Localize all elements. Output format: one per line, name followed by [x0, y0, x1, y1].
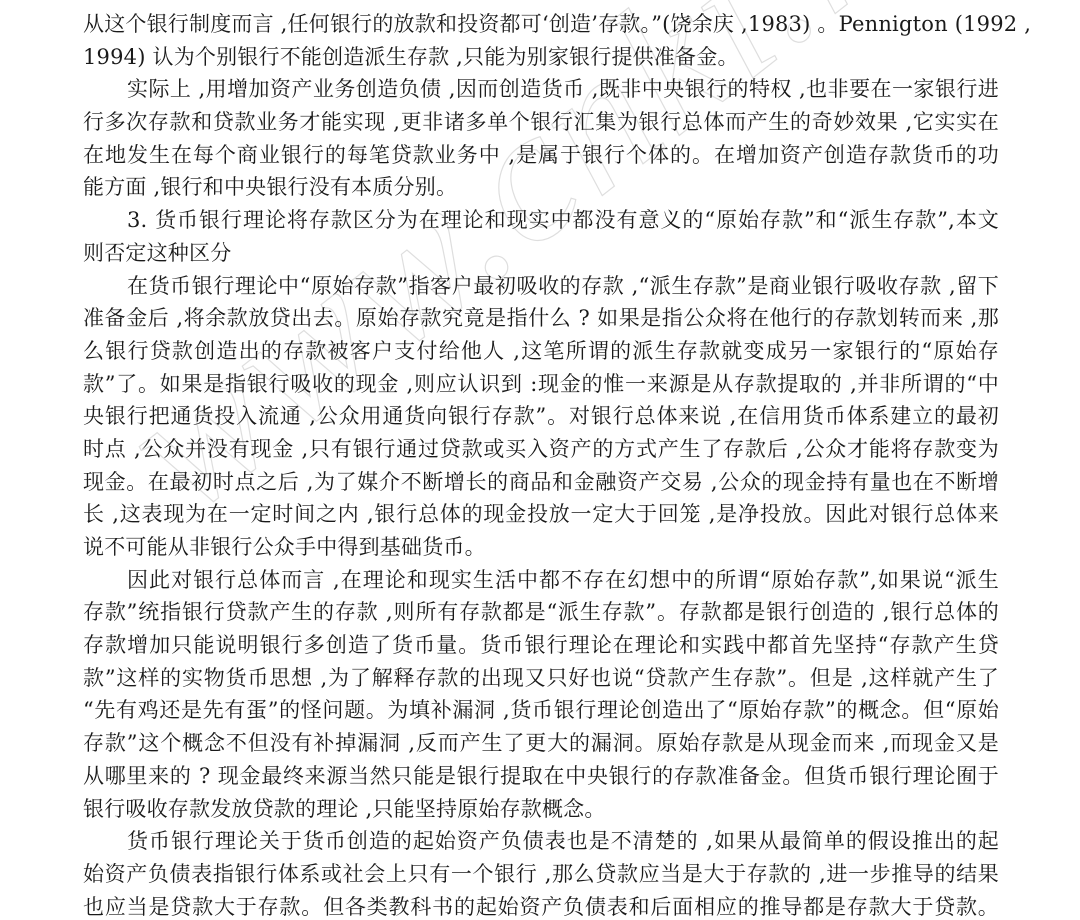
section-heading-line: 3. 货币银行理论将存款区分为在理论和现实中都没有意义的“原始存款”和“派生存款… [83, 204, 999, 237]
text-line: 在地发生在每个商业银行的每笔贷款业务中 ,是属于银行个体的。在增加资产创造存款货… [83, 139, 999, 172]
text-line: 从哪里来的 ? 现金最终来源当然只能是银行提取在中央银行的存款准备金。但货币银行… [83, 760, 999, 793]
text-line: 款”这样的实物货币思想 ,为了解释存款的出现又只好也说“贷款产生存款”。但是 ,… [83, 662, 999, 695]
text-line: 现金。在最初时点之后 ,为了媒介不断增长的商品和金融资产交易 ,公众的现金持有量… [83, 466, 999, 499]
text-line: 1994) 认为个别银行不能创造派生存款 ,只能为别家银行提供准备金。 [83, 41, 999, 74]
text-line: 银行吸收存款发放贷款的理论 ,只能坚持原始存款概念。 [83, 793, 999, 826]
text-line: 么银行贷款创造出的存款被客户支付给他人 ,这笔所谓的派生存款就变成另一家银行的“… [83, 335, 999, 368]
text-line: 从这个银行制度而言 ,任何银行的放款和投资都可‘创造’存款。”(饶余庆 ,198… [83, 8, 999, 41]
document-page: 从这个银行制度而言 ,任何银行的放款和投资都可‘创造’存款。”(饶余庆 ,198… [83, 8, 999, 920]
text-line: 也应当是贷款大于存款。但各类教科书的起始资产负债表和后面相应的推导都是存款大于贷… [83, 891, 999, 920]
text-line: 说不可能从非银行公众手中得到基础货币。 [83, 531, 999, 564]
text-line: 央银行把通货投入流通 ,公众用通货向银行存款”。对银行总体来说 ,在信用货币体系… [83, 400, 999, 433]
text-line: 存款”这个概念不但没有补掉漏洞 ,反而产生了更大的漏洞。原始存款是从现金而来 ,… [83, 727, 999, 760]
text-line: 存款增加只能说明银行多创造了货币量。货币银行理论在理论和实践中都首先坚持“存款产… [83, 629, 999, 662]
text-line: 始资产负债表指银行体系或社会上只有一个银行 ,那么贷款应当是大于存款的 ,进一步… [83, 858, 999, 891]
paragraph-start-line: 因此对银行总体而言 ,在理论和现实生活中都不存在幻想中的所谓“原始存款”,如果说… [83, 564, 999, 597]
text-line: 长 ,这表现为在一定时间之内 ,银行总体的现金投放一定大于回笼 ,是净投放。因此… [83, 498, 999, 531]
paragraph-start-line: 实际上 ,用增加资产业务创造负债 ,因而创造货币 ,既非中央银行的特权 ,也非要… [83, 73, 999, 106]
text-line: 准备金后 ,将余款放贷出去。原始存款究竟是指什么 ? 如果是指公众将在他行的存款… [83, 302, 999, 335]
text-line: “先有鸡还是先有蛋”的怪问题。为填补漏洞 ,货币银行理论创造出了“原始存款”的概… [83, 694, 999, 727]
text-line: 存款”统指银行贷款产生的存款 ,则所有存款都是“派生存款”。存款都是银行创造的 … [83, 596, 999, 629]
paragraph-start-line: 货币银行理论关于货币创造的起始资产负债表也是不清楚的 ,如果从最简单的假设推出的… [83, 825, 999, 858]
text-line: 能方面 ,银行和中央银行没有本质分别。 [83, 171, 999, 204]
section-heading-line: 则否定这种区分 [83, 237, 999, 270]
paragraph-start-line: 在货币银行理论中“原始存款”指客户最初吸收的存款 ,“派生存款”是商业银行吸收存… [83, 270, 999, 303]
text-line: 时点 ,公众并没有现金 ,只有银行通过贷款或买入资产的方式产生了存款后 ,公众才… [83, 433, 999, 466]
text-line: 款”了。如果是指银行吸收的现金 ,则应认识到 :现金的惟一来源是从存款提取的 ,… [83, 368, 999, 401]
text-line: 行多次存款和贷款业务才能实现 ,更非诸多单个银行汇集为银行总体而产生的奇妙效果 … [83, 106, 999, 139]
